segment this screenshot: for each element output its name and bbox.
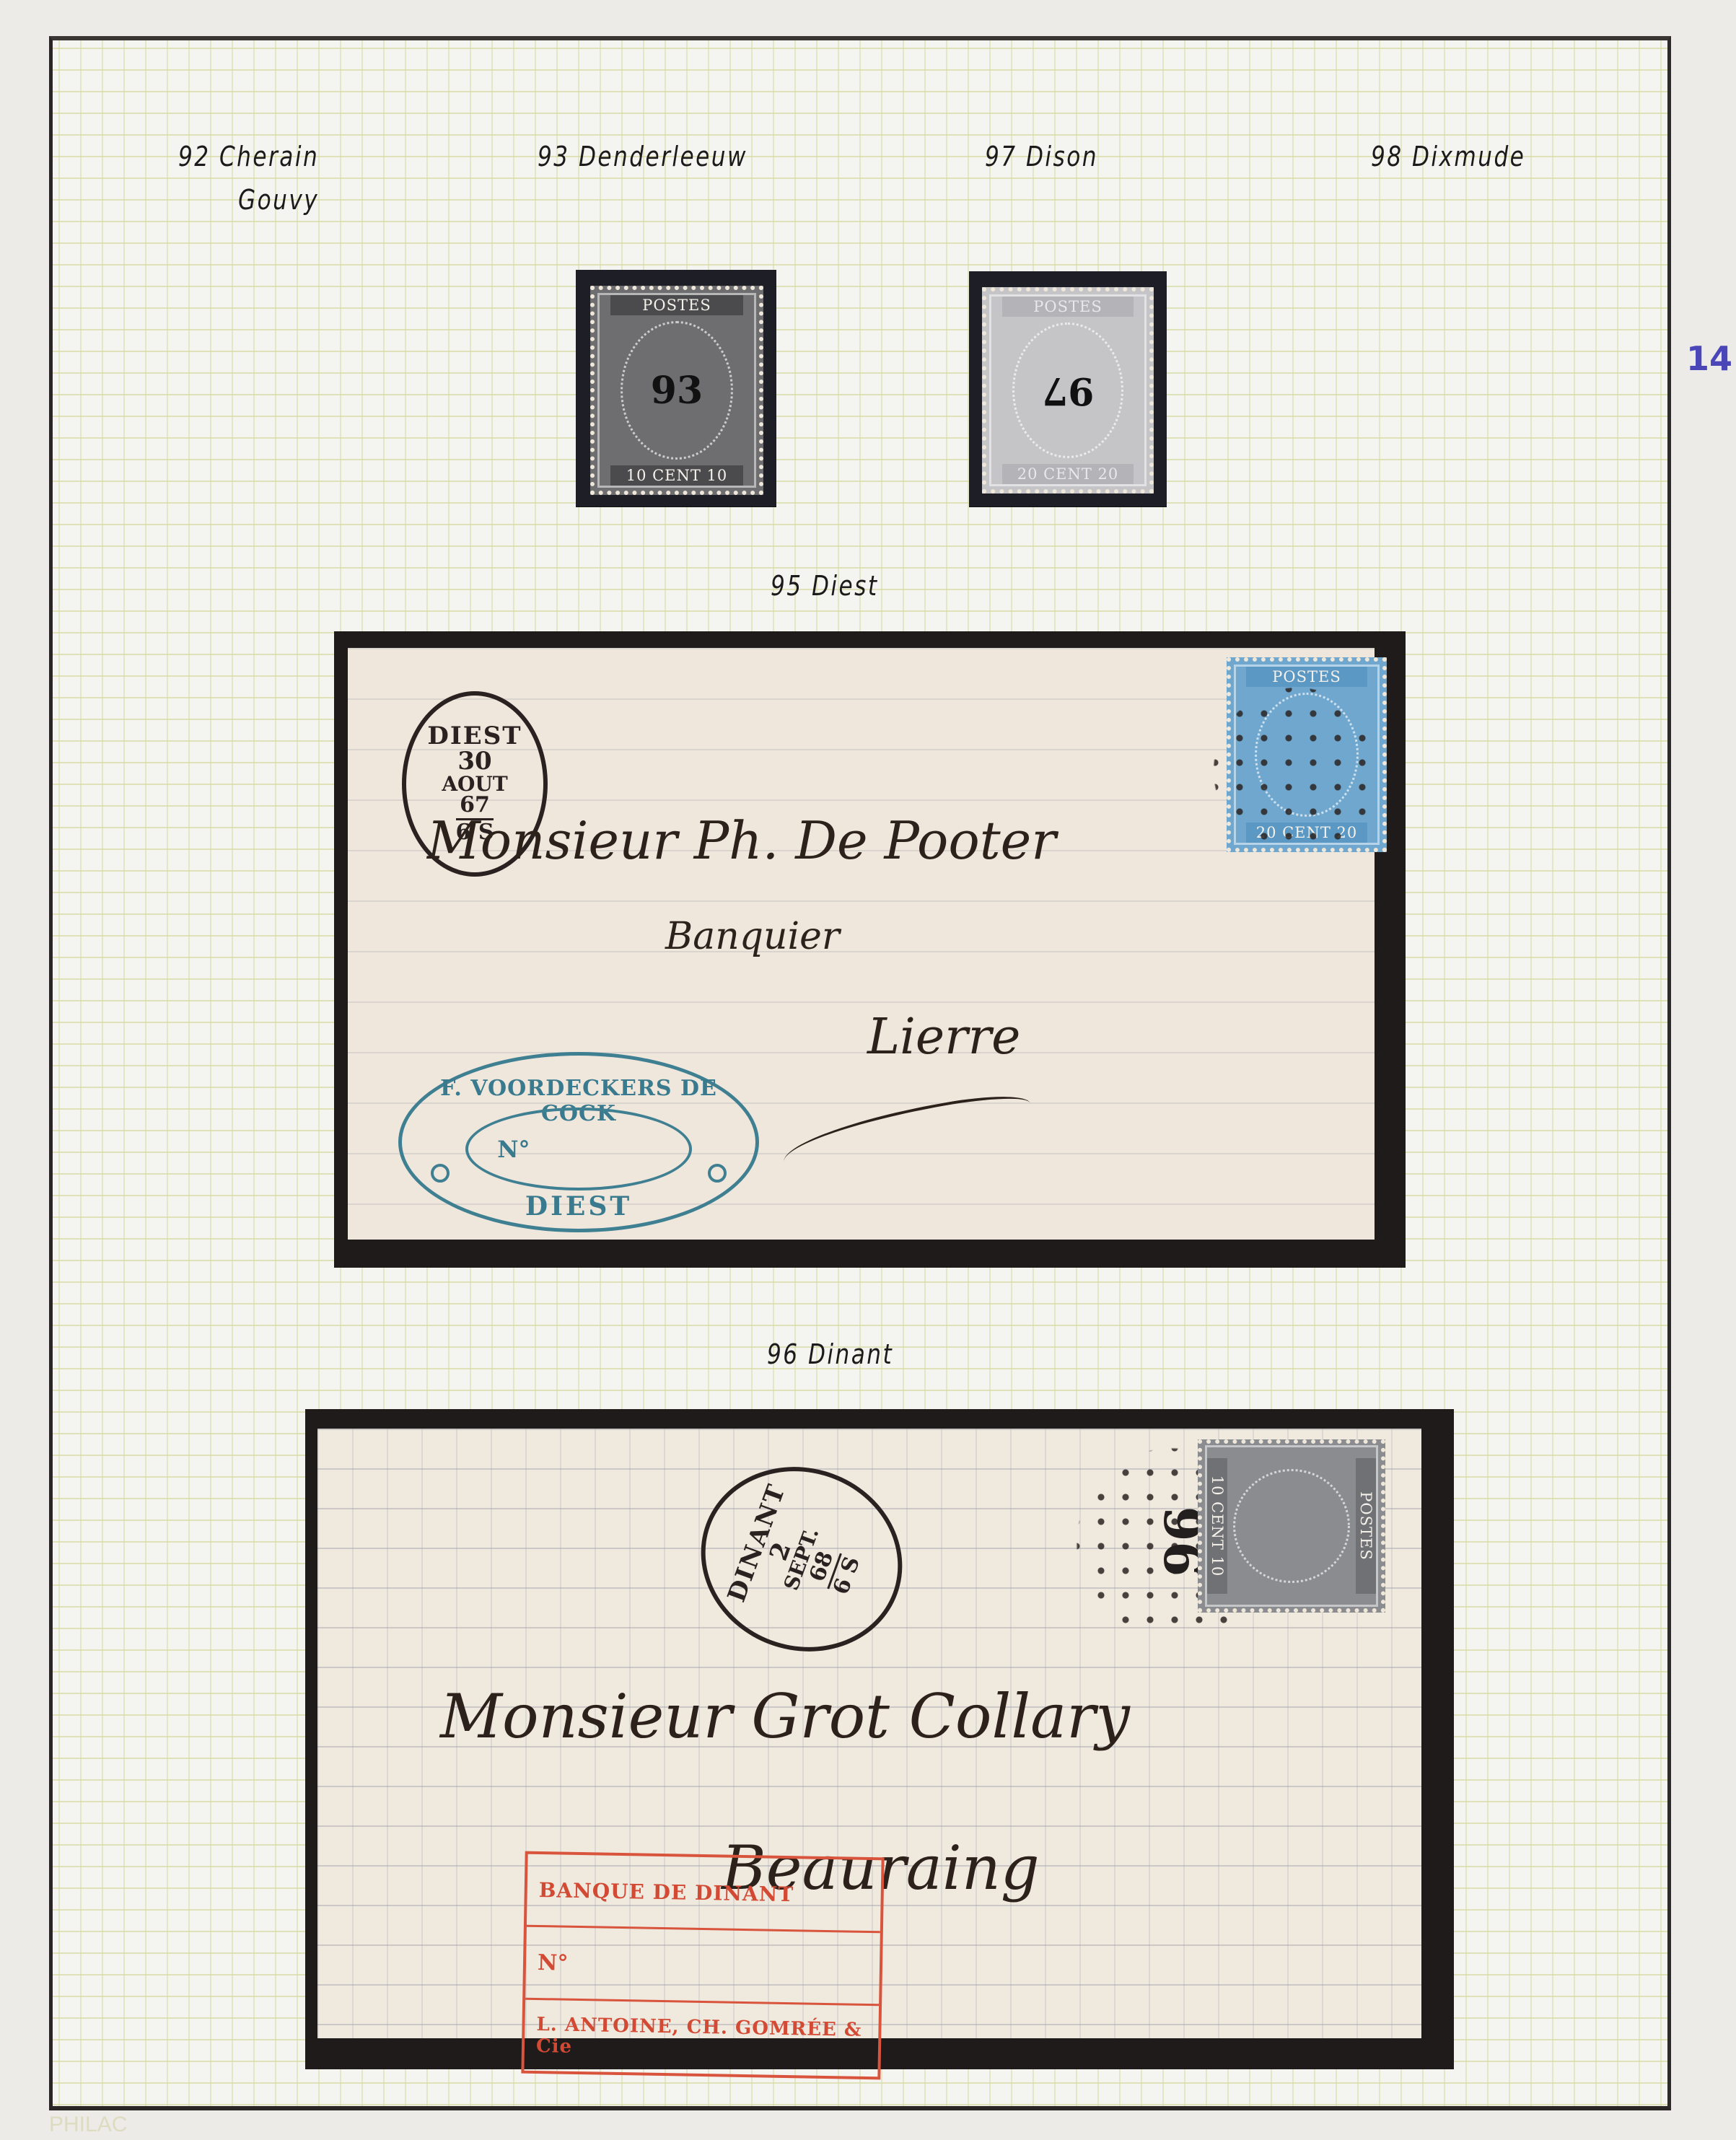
stamp-portrait-oval: 93 (621, 321, 733, 460)
heading-cherain: 92 Cherain (178, 141, 319, 172)
cancel-number: 97 (1042, 369, 1094, 413)
page-number-note: 14 (1686, 339, 1732, 378)
stamp-10-cent: POSTES 93 10 CENT 10 (590, 286, 763, 495)
postmark-dinant: DINANT 2 SEPT. 68 6 S (675, 1439, 928, 1679)
address-line-1: Monsieur Ph. De Pooter (427, 810, 1056, 871)
heading-number: 92 (178, 141, 211, 172)
heading-number: 98 (1371, 141, 1403, 172)
stamp-20-cent: POSTES 97 20 CENT 20 (982, 287, 1154, 494)
heading-subplace: Gouvy (238, 184, 319, 216)
cachet-line-1: BANQUE DE DINANT (527, 1854, 882, 1931)
letter-sheet: DIEST 30 AOUT 67 6 S Monsieur Ph. De Poo… (348, 648, 1375, 1240)
caption-number: 95 (771, 570, 803, 602)
cachet-banque-de-dinant: BANQUE DE DINANT N° L. ANTOINE, CH. GOMR… (521, 1851, 884, 2080)
heading-dixmude: 98 Dixmude (1371, 141, 1525, 172)
cover-stamp-10-cent-grey: POSTES 10 CENT 10 (1198, 1439, 1385, 1613)
heading-number: 97 (985, 141, 1017, 172)
cachet-line-3: DIEST (402, 1191, 755, 1222)
caption-number: 96 (767, 1338, 799, 1370)
heading-denderleeuw: 93 Denderleeuw (538, 141, 748, 172)
heading-dison: 97 Dison (985, 141, 1098, 172)
cover-caption-diest: 95 Diest (771, 570, 879, 602)
heading-number: 93 (538, 141, 570, 172)
stamp-value: 10 CENT 10 (610, 465, 743, 486)
caption-place: Dinant (808, 1338, 893, 1370)
cachet-line-3: L. ANTOINE, CH. GOMRÉE & Cie (524, 1998, 879, 2077)
stamp-portrait-oval (1233, 1469, 1350, 1584)
heading-place: Cherain (219, 141, 319, 172)
stamp-mount-1: POSTES 93 10 CENT 10 (576, 270, 776, 507)
cachet-inner-oval: N° (465, 1108, 692, 1190)
postmark-month: AOUT (442, 774, 507, 795)
stamp-header: POSTES (1356, 1458, 1376, 1593)
cachet-line-2: N° (497, 1136, 530, 1163)
address-line-1: Monsieur Grot Collary (440, 1681, 1130, 1752)
heading-place: Denderleeuw (579, 141, 748, 172)
cover-dinant: DINANT 2 SEPT. 68 6 S Monsieur Grot Coll… (305, 1409, 1454, 2069)
cachet-line-2: N° (525, 1925, 880, 2004)
heading-gouvy: Gouvy (238, 184, 319, 216)
postmark-town: DIEST (427, 724, 522, 749)
caption-place: Diest (812, 570, 879, 602)
stamp-value: 20 CENT 20 (1002, 464, 1134, 484)
stamp-value: 10 CENT 10 (1207, 1458, 1227, 1593)
address-line-2: Banquier (665, 915, 840, 958)
cachet-rosette (431, 1164, 450, 1183)
stamp-header: POSTES (610, 295, 743, 315)
cancel-number: 93 (651, 369, 703, 413)
flourish (779, 1088, 1035, 1178)
heading-place: Dixmude (1412, 141, 1525, 172)
heading-place: Dison (1026, 141, 1098, 172)
address-line-3: Lierre (867, 1009, 1020, 1066)
cachet-rosette (708, 1164, 727, 1183)
cover-diest: DIEST 30 AOUT 67 6 S Monsieur Ph. De Poo… (334, 631, 1406, 1268)
cover-caption-dinant: 96 Dinant (767, 1338, 893, 1370)
album-watermark: PHILAC (49, 2113, 127, 2137)
stamp-mount-2: POSTES 97 20 CENT 20 (969, 271, 1167, 507)
cachet-voordeckers: F. VOORDECKERS DE COCK N° DIEST (398, 1052, 759, 1232)
letter-sheet: DINANT 2 SEPT. 68 6 S Monsieur Grot Coll… (317, 1429, 1421, 2038)
postmark-day: 30 (457, 749, 491, 774)
stamp-portrait-oval: 97 (1012, 323, 1123, 458)
stamp-header: POSTES (1002, 297, 1134, 317)
dot-cancel (1203, 677, 1390, 864)
